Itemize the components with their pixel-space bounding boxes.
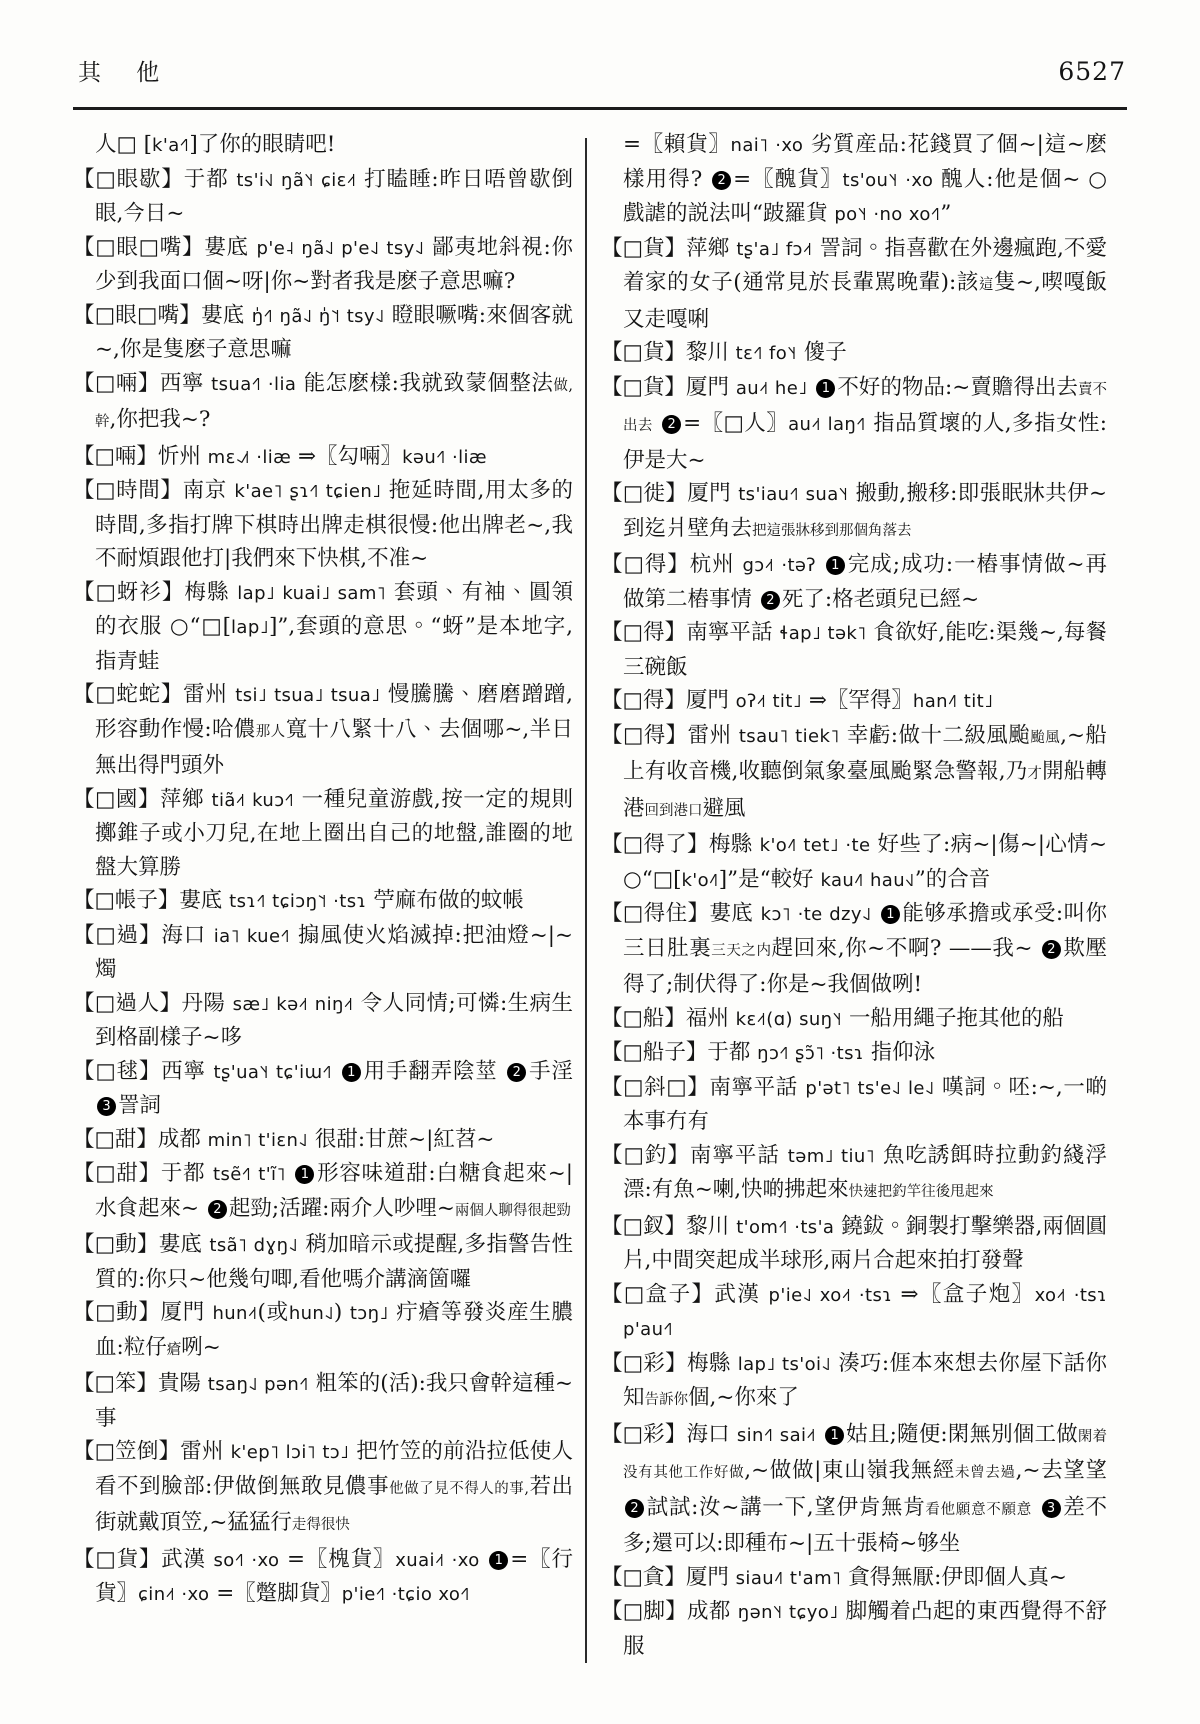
dictionary-entry: 【□時間】南京 k'ae˥ ʂɿ˧˥ tɕien˩ 拖延時間,用太多的時間,多指… xyxy=(73,474,573,576)
dictionary-entry: 【□得了】梅縣 k'o˨˥ tet˩ ·te 好些了:病~|傷~|心情~ ○“□… xyxy=(601,828,1107,897)
entry-text: 【□眼□嘴】婁底 xyxy=(73,235,257,260)
entry-text: 人□ [ xyxy=(95,132,152,157)
dictionary-entry: 【□得】厦門 oʔ˨˦ tit˩ ⇒〖罕得〗han˨˥ tit˩ xyxy=(601,684,1107,719)
entry-text: 姑且;隨便:閑無別個工做 xyxy=(846,1422,1078,1447)
dictionary-entry: 【□眼歇】于都 ts'i˧˩ ŋã˥˧ ɕiɛ˨˦ 打瞌睡:昨日唔曾歇倒眼,今日… xyxy=(73,163,573,231)
entry-text: 【□時間】南京 xyxy=(73,478,234,503)
phonetic-transcription: hun˨˩ xyxy=(289,1303,334,1324)
entry-text: 【□貪】厦門 xyxy=(601,1565,736,1590)
phonetic-transcription: tɔŋ˩ xyxy=(350,1303,389,1324)
entry-text: 【□徙】厦門 xyxy=(601,481,738,506)
phonetic-transcription: sæ˩ kə˨˦ niŋ˨˦ xyxy=(233,994,354,1015)
dictionary-entry: 【□盒子】武漢 p'ie˨˩ xo˨˦ ·tsɿ ⇒〖盒子炮〗xo˨˦ ·tsɿ… xyxy=(601,1278,1107,1347)
entry-text: 【□盒子】武漢 xyxy=(601,1282,769,1307)
entry-continuation: 人□ [k'a˧˥]了你的眼睛吧! xyxy=(73,128,573,163)
entry-text: 幸虧:做十二級風颱 xyxy=(840,723,1031,748)
entry-text: =〖蹩脚貨〗 xyxy=(209,1581,341,1606)
dictionary-entry: 【□貨】萍鄉 tʂ'a˩ fɔ˨˦ 詈詞。指喜歡在外邊瘋跑,不愛着家的女子(通常… xyxy=(601,232,1107,337)
entry-text: 起勁;活躍:兩介人吵哩~ xyxy=(229,1196,455,1221)
gloss-small-text: 颱風 xyxy=(1030,730,1060,746)
entry-text: 試試:汝~講一下,望伊肯無肯 xyxy=(646,1495,925,1520)
dictionary-entry: 【□徙】厦門 ts'iau˧˥ sua˥˧ 搬動,搬移:即張眠牀共伊~到迄爿壁角… xyxy=(601,477,1107,548)
phonetic-transcription: siau˨˥ t'am˥ xyxy=(736,1568,842,1589)
phonetic-transcription: hun˨˦ xyxy=(212,1303,257,1324)
gloss-small-text: 看他願意不願意 xyxy=(925,1502,1032,1518)
circled-number: 1 xyxy=(342,1063,361,1082)
entry-text: 【□笠倒】雷州 xyxy=(73,1439,231,1464)
circled-number: 1 xyxy=(489,1551,508,1570)
phonetic-transcription: han˨˥ tit˩ xyxy=(913,691,993,712)
entry-text: 手淫 xyxy=(528,1059,573,1084)
entry-text: 咧~ xyxy=(181,1335,221,1360)
entry-text: 【□釵】黎川 xyxy=(601,1214,736,1239)
gloss-small-text: 那人 xyxy=(256,724,286,740)
dictionary-entry: 【□得】南寧平話 ɬap˩ tək˥ 食欲好,能吃:渠幾~,每餐三碗飯 xyxy=(601,616,1107,684)
phonetic-transcription: k'a˧˥ xyxy=(152,135,189,156)
page-number: 6527 xyxy=(1058,57,1126,86)
entry-text: 【□得】南寧平話 xyxy=(601,620,780,645)
entry-text: 【□釣】南寧平話 xyxy=(601,1143,788,1168)
entry-text: 【□動】厦門 xyxy=(73,1300,212,1325)
phonetic-transcription: p'e˨ ŋã˨˩ p'e˨˩ tsy˨˩ xyxy=(257,238,425,259)
entry-text: 【□得】厦門 xyxy=(601,688,736,713)
phonetic-transcription: oʔ˨˦ tit˩ xyxy=(736,691,802,712)
phonetic-transcription: kəu˧˥ ·liæ xyxy=(402,447,487,468)
dictionary-entry: 【□啢】忻州 mɛ˨˩˦ ·liæ ⇒〖勾啢〗kəu˧˥ ·liæ xyxy=(73,440,573,475)
phonetic-transcription: k'ep˥ lɔi˥ tɔ˩ xyxy=(231,1442,350,1463)
dictionary-entry: 【□彩】海口 sin˧˥ sai˨˦ 1姑且;隨便:閑無別個工做閑着没有其他工作… xyxy=(601,1418,1107,1561)
dictionary-page: 其 他 6527 人□ [k'a˧˥]了你的眼睛吧!【□眼歇】于都 ts'i˧˩… xyxy=(0,0,1200,1724)
phonetic-transcription: ŋ̍˧˥ ŋã˨˩ ŋ̍˥˦ tsy˨˩ xyxy=(252,306,385,327)
entry-text: =〖醜貨〗 xyxy=(733,167,842,192)
entry-text: 死了:格老頭兒已經~ xyxy=(782,587,979,612)
page-content: 人□ [k'a˧˥]了你的眼睛吧!【□眼歇】于都 ts'i˧˩ ŋã˥˧ ɕiɛ… xyxy=(73,128,1107,1663)
phonetic-transcription: ɕin˨˦ ·xo xyxy=(138,1584,209,1605)
dictionary-entry: 【□貨】黎川 tɛ˧˥ fo˥˧ 傻子 xyxy=(601,336,1107,371)
entry-text: 【□過人】丹陽 xyxy=(73,991,233,1016)
entry-text xyxy=(807,375,814,400)
entry-text: 【□船】福州 xyxy=(601,1006,736,1031)
phonetic-transcription: təm˩ tiu˥ xyxy=(788,1146,875,1167)
entry-text: 【□貨】黎川 xyxy=(601,340,736,365)
entry-text: 貪得無厭:伊即個人真~ xyxy=(841,1565,1067,1590)
phonetic-transcription: k'ae˥ ʂɿ˧˥ tɕien˩ xyxy=(234,481,381,502)
entry-text: 【□斜□】南寧平話 xyxy=(601,1075,805,1100)
phonetic-transcription: xuai˨˦ ·xo xyxy=(395,1550,479,1571)
phonetic-transcription: k'o˨˥ xyxy=(681,870,718,891)
column-right: =〖賴貨〗nai˥ ·xo 劣質産品:花錢買了個~|這~麽樣用得? 2=〖醜貨〗… xyxy=(601,128,1107,1663)
entry-text: 不好的物品:~賣贍得出去 xyxy=(837,375,1078,400)
entry-text: 一船用繩子拖其他的船 xyxy=(842,1006,1064,1031)
entry-text: 很甜:甘蔗~|紅苕~ xyxy=(308,1127,494,1152)
dictionary-entry: 【□帳子】婁底 tsɿ˧˥ tɕiɔŋ˥˦ ·tsɿ 苧麻布做的蚊帳 xyxy=(73,884,573,919)
entry-text: 【□動】婁底 xyxy=(73,1232,209,1257)
entry-text: 【□過】海口 xyxy=(73,923,214,948)
phonetic-transcription: tʂ'a˩ fɔ˨˦ xyxy=(736,239,812,260)
phonetic-transcription: kɔ˥ ·te dzy˨˩ xyxy=(761,904,872,925)
entry-text xyxy=(872,901,879,926)
phonetic-transcription: ia˥ kue˧˥ xyxy=(214,926,290,947)
dictionary-entry: 【□彩】梅縣 lap˩ ts'oi˨˩ 湊巧:𠊎本來想去你屋下話你知告訴你個,~… xyxy=(601,1347,1107,1418)
phonetic-transcription: ŋɔ˧˥ ʂɔ̃˥ ·tsɿ xyxy=(757,1043,864,1064)
gloss-small-text: 三天之内 xyxy=(711,943,771,959)
phonetic-transcription: p'ie˨˩ xo˨˦ ·tsɿ xyxy=(769,1285,893,1306)
dictionary-entry: 【□眼□嘴】婁底 ŋ̍˧˥ ŋã˨˩ ŋ̍˥˦ tsy˨˩ 瞪眼噘嘴:來個客就~… xyxy=(73,299,573,367)
dictionary-entry: 【□釵】黎川 t'om˧˥ ·ts'a 鐃鈸。銅製打擊樂器,兩個圓片,中間突起成… xyxy=(601,1210,1107,1278)
dictionary-entry: 【□啢】西寧 tsua˧˥ ·lia 能怎麽樣:我就致蒙個整法做,幹,你把我~? xyxy=(73,367,573,440)
entry-text: 【□貨】武漢 xyxy=(73,1547,214,1572)
entry-text: 【□毬】西寧 xyxy=(73,1059,214,1084)
gloss-small-text: 快速把釣竿往後甩起來 xyxy=(849,1184,994,1200)
entry-continuation: =〖賴貨〗nai˥ ·xo 劣質産品:花錢買了個~|這~麽樣用得? 2=〖醜貨〗… xyxy=(601,128,1107,232)
circled-number: 2 xyxy=(208,1200,227,1219)
entry-text xyxy=(286,1161,294,1186)
phonetic-transcription: tsi˩ tsua˩ tsua˩ xyxy=(235,685,380,706)
dictionary-entry: 【□過人】丹陽 sæ˩ kə˨˦ niŋ˨˦ 令人同情;可憐:生病生到格副樣子~… xyxy=(73,987,573,1055)
circled-number: 1 xyxy=(881,905,900,924)
entry-text: 【□蚜衫】梅縣 xyxy=(73,580,237,605)
circled-number: 1 xyxy=(816,379,835,398)
dictionary-entry: 【□蚜衫】梅縣 lap˩ kuai˩ sam˥ 套頭、有袖、圓領的衣服 ○“□[… xyxy=(73,576,573,679)
circled-number: 2 xyxy=(1042,940,1061,959)
column-divider xyxy=(585,138,587,1663)
dictionary-entry: 【□笠倒】雷州 k'ep˥ lɔi˥ tɔ˩ 把竹笠的前沿拉低使人看不到臉部:伊… xyxy=(73,1435,573,1543)
phonetic-transcription: tsua˧˥ ·lia xyxy=(211,374,296,395)
gloss-small-text: 回到港口 xyxy=(645,803,703,819)
dictionary-entry: 【□眼□嘴】婁底 p'e˨ ŋã˨˩ p'e˨˩ tsy˨˩ 鄙夷地斜視:你少到… xyxy=(73,231,573,299)
phonetic-transcription: k'o˨˥ tet˩ ·te xyxy=(760,835,871,856)
entry-text: 避風 xyxy=(703,796,746,821)
entry-text: ⇒〖盒子炮〗 xyxy=(892,1282,1034,1307)
phonetic-transcription: ts'i˧˩ ŋã˥˧ ɕiɛ˨˦ xyxy=(236,170,356,191)
entry-text: 傻子 xyxy=(797,340,847,365)
phonetic-transcription: gɔ˨˦ ·təʔ xyxy=(742,555,816,576)
entry-text: 【□得】杭州 xyxy=(601,552,742,577)
entry-text: 【□彩】海口 xyxy=(601,1422,737,1447)
entry-text: 【□啢】西寧 xyxy=(73,371,211,396)
phonetic-transcription: p'ət˥ ts'e˨˩ le˨˩ xyxy=(805,1078,934,1099)
entry-text: =〖賴貨〗 xyxy=(623,132,731,157)
entry-text: 【□帳子】婁底 xyxy=(73,888,229,913)
column-left: 人□ [k'a˧˥]了你的眼睛吧!【□眼歇】于都 ts'i˧˩ ŋã˥˧ ɕiɛ… xyxy=(73,128,573,1663)
phonetic-transcription: p'ie˧˥ ·tɕio xo˧˥ xyxy=(342,1584,470,1605)
dictionary-entry: 【□過】海口 ia˥ kue˧˥ 搧風使火焰滅掉:把油燈~|~燭 xyxy=(73,919,573,987)
entry-text: 【□得住】婁底 xyxy=(601,901,761,926)
entry-text: ]”是“較好 xyxy=(719,867,821,892)
phonetic-transcription: sin˧˥ sai˨˦ xyxy=(737,1425,816,1446)
entry-text: 指仰泳 xyxy=(864,1040,935,1065)
phonetic-transcription: tsã˥ dɣŋ˨˩ xyxy=(209,1235,298,1256)
entry-text: ⇒〖罕得〗 xyxy=(802,688,913,713)
circled-number: 2 xyxy=(761,591,780,610)
entry-text: 【□甜】成都 xyxy=(73,1127,208,1152)
circled-number: 1 xyxy=(825,1426,844,1445)
entry-text: 【□得了】梅縣 xyxy=(601,832,760,857)
entry-text: 個,~你來了 xyxy=(688,1385,799,1410)
entry-text: ”的合音 xyxy=(915,867,991,892)
entry-text xyxy=(480,1547,488,1572)
circled-number: 2 xyxy=(662,415,681,434)
phonetic-transcription: ts'iau˧˥ sua˥˧ xyxy=(738,484,848,505)
phonetic-transcription: tɛ˧˥ fo˥˧ xyxy=(736,343,797,364)
dictionary-entry: 【□斜□】南寧平話 p'ət˥ ts'e˨˩ le˨˩ 嘆詞。呸:~,一啲本事冇… xyxy=(601,1071,1107,1139)
phonetic-transcription: lap˩ kuai˩ sam˥ xyxy=(237,583,386,604)
phonetic-transcription: tiã˨˦ kuɔ˧˥ xyxy=(212,790,295,811)
entry-text: ) xyxy=(334,1300,350,1325)
entry-text: =〖□人〗 xyxy=(683,411,788,436)
phonetic-transcription: po˥˧ ·no xo˧˥ xyxy=(834,204,940,225)
circled-number: 2 xyxy=(625,1499,644,1518)
entry-text: 【□笨】貴陽 xyxy=(73,1371,208,1396)
gloss-small-text: 告訴你 xyxy=(645,1392,689,1408)
phonetic-transcription: t'om˧˥ ·ts'a xyxy=(736,1217,834,1238)
gloss-small-text: 兩個人聊得很起勁 xyxy=(455,1203,571,1219)
phonetic-transcription: tsau˥ tiek˥ xyxy=(739,726,840,747)
entry-text: 【□啢】忻州 xyxy=(73,444,208,469)
entry-text: 能怎麽樣:我就致蒙個整法 xyxy=(296,371,553,396)
entry-text: 【□得】雷州 xyxy=(601,723,739,748)
entry-text: 用手翻弄陰莖 xyxy=(363,1059,506,1084)
dictionary-entry: 【□得住】婁底 kɔ˥ ·te dzy˨˩ 1能够承擔或承受:叫你三日肚裏三天之… xyxy=(601,897,1107,1002)
phonetic-transcription: so˧˥ ·xo xyxy=(214,1550,280,1571)
entry-text: (或 xyxy=(258,1300,289,1325)
entry-text: 【□甜】于都 xyxy=(73,1161,213,1186)
entry-text: 【□脚】成都 xyxy=(601,1599,738,1624)
entry-text: 詈詞 xyxy=(118,1093,161,1118)
entry-text: ,~去望望 xyxy=(1016,1458,1107,1483)
phonetic-transcription: lap˩ xyxy=(231,617,269,638)
entry-text: 【□國】萍鄉 xyxy=(73,787,212,812)
gloss-small-text: 走得很快 xyxy=(292,1517,350,1533)
dictionary-entry: 【□動】婁底 tsã˥ dɣŋ˨˩ 稍加暗示或提醒,多指警告性質的:你只~他幾句… xyxy=(73,1228,573,1296)
circled-number: 2 xyxy=(507,1063,526,1082)
dictionary-entry: 【□得】杭州 gɔ˨˦ ·təʔ 1完成;成功:一樁事情做~再做第二樁事情 2死… xyxy=(601,548,1107,616)
header-rule xyxy=(73,107,1127,110)
entry-text xyxy=(816,1422,823,1447)
entry-text: 【□貨】萍鄉 xyxy=(601,236,736,261)
entry-text: ” xyxy=(940,201,951,226)
gloss-small-text: 這 xyxy=(979,277,994,293)
dictionary-entry: 【□脚】成都 ŋən˥˧ tɕyo˩ 脚觸着凸起的東西覺得不舒服 xyxy=(601,1595,1107,1663)
entry-text xyxy=(332,1059,340,1084)
gloss-small-text: 瘡 xyxy=(167,1342,182,1358)
phonetic-transcription: tsɿ˧˥ tɕiɔŋ˥˦ ·tsɿ xyxy=(229,891,366,912)
circled-number: 3 xyxy=(1042,1499,1061,1518)
circled-number: 3 xyxy=(97,1097,116,1116)
dictionary-entry: 【□貨】武漢 so˧˥ ·xo =〖槐貨〗xuai˨˦ ·xo 1=〖行貨〗ɕi… xyxy=(73,1543,573,1612)
circled-number: 1 xyxy=(295,1165,314,1184)
dictionary-entry: 【□動】厦門 hun˨˦(或hun˨˩) tɔŋ˩ 疔瘡等發炎産生膿血:粒仔瘡咧… xyxy=(73,1296,573,1367)
dictionary-entry: 【□甜】成都 min˥ t'iɛn˨˩ 很甜:甘蔗~|紅苕~ xyxy=(73,1123,573,1158)
running-title: 其 他 xyxy=(78,54,173,87)
dictionary-entry: 【□笨】貴陽 tsaŋ˨˩ pən˧˥ 粗笨的(活):我只會幹這種~事 xyxy=(73,1367,573,1435)
phonetic-transcription: ɬap˩ tək˥ xyxy=(780,623,867,644)
gloss-small-text: 未曾去過 xyxy=(955,1465,1016,1481)
dictionary-entry: 【□甜】于都 tsẽ˧˥ t'ĩ˥ 1形容味道甜:白糖食起來~|水食起來~ 2起… xyxy=(73,1157,573,1228)
entry-text xyxy=(653,411,660,436)
entry-text: 【□船子】于都 xyxy=(601,1040,757,1065)
entry-text xyxy=(1032,1495,1040,1520)
dictionary-entry: 【□毬】西寧 tʂ'ua˥˧ tɕ'iɯ˧˥ 1用手翻弄陰莖 2手淫 3詈詞 xyxy=(73,1055,573,1123)
entry-text: 【□蛇蛇】雷州 xyxy=(73,682,235,707)
entry-text xyxy=(816,552,824,577)
dictionary-entry: 【□國】萍鄉 tiã˨˦ kuɔ˧˥ 一種兒童游戲,按一定的規則擲錐子或小刀兒,… xyxy=(73,783,573,885)
entry-text: 【□眼歇】于都 xyxy=(73,167,236,192)
phonetic-transcription: mɛ˨˩˦ ·liæ xyxy=(208,447,292,468)
entry-text: 趕回來,你~不啊? ——我~ xyxy=(772,936,1040,961)
dictionary-entry: 【□釣】南寧平話 təm˩ tiu˥ 魚吃誘餌時拉動釣綫浮漂:有魚~喇,快啲拂起… xyxy=(601,1139,1107,1210)
dictionary-entry: 【□船子】于都 ŋɔ˧˥ ʂɔ̃˥ ·tsɿ 指仰泳 xyxy=(601,1036,1107,1071)
entry-text: 【□貨】厦門 xyxy=(601,375,736,400)
dictionary-entry: 【□貨】厦門 au˨˦ he˩ 1不好的物品:~賣贍得出去賣不出去 2=〖□人〗… xyxy=(601,371,1107,478)
phonetic-transcription: au˨˦ he˩ xyxy=(736,378,808,399)
gloss-small-text: 才 xyxy=(1027,766,1042,782)
gloss-small-text: 把這張牀移到那個角落去 xyxy=(752,523,912,539)
dictionary-entry: 【□船】福州 kɛ˨˦(ɑ) suŋ˥˧ 一船用繩子拖其他的船 xyxy=(601,1002,1107,1037)
circled-number: 1 xyxy=(826,556,845,575)
phonetic-transcription: kɛ˨˦(ɑ) suŋ˥˧ xyxy=(736,1009,843,1030)
entry-text: ]了你的眼睛吧! xyxy=(189,132,335,157)
phonetic-transcription: nai˥ ·xo xyxy=(731,135,804,156)
entry-text: 苧麻布做的蚊帳 xyxy=(367,888,524,913)
entry-text: 【□彩】梅縣 xyxy=(601,1351,738,1376)
entry-text: =〖槐貨〗 xyxy=(279,1547,395,1572)
entry-text: 【□眼□嘴】婁底 xyxy=(73,303,252,328)
phonetic-transcription: ts'ou˥˧ ·xo xyxy=(843,170,934,191)
phonetic-transcription: tsẽ˧˥ t'ĩ˥ xyxy=(213,1164,286,1185)
phonetic-transcription: tʂ'ua˥˧ tɕ'iɯ˧˥ xyxy=(214,1062,333,1083)
phonetic-transcription: kau˨˥ hau˧˩ xyxy=(820,870,914,891)
dictionary-entry: 【□得】雷州 tsau˥ tiek˥ 幸虧:做十二級風颱颱風,~船上有收音機,收… xyxy=(601,719,1107,829)
page-header: 其 他 6527 xyxy=(78,54,1126,87)
entry-text: ,你把我~? xyxy=(110,407,211,432)
phonetic-transcription: lap˩ ts'oi˨˩ xyxy=(738,1354,831,1375)
phonetic-transcription: au˨˦ laŋ˧˥ xyxy=(788,414,866,435)
dictionary-entry: 【□蛇蛇】雷州 tsi˩ tsua˩ tsua˩ 慢騰騰、磨磨蹭蹭,形容動作慢:… xyxy=(73,678,573,783)
phonetic-transcription: ŋən˥˧ tɕyo˩ xyxy=(738,1602,839,1623)
entry-text: ⇒〖勾啢〗 xyxy=(291,444,402,469)
phonetic-transcription: min˥ t'iɛn˨˩ xyxy=(208,1130,308,1151)
circled-number: 2 xyxy=(712,171,731,190)
phonetic-transcription: tsaŋ˨˩ pən˧˥ xyxy=(208,1374,309,1395)
gloss-small-text: 他做了見不得人的事, xyxy=(389,1481,529,1497)
entry-text: ,~做做|東山嶺我無經 xyxy=(744,1458,955,1483)
dictionary-entry: 【□貪】厦門 siau˨˥ t'am˥ 貪得無厭:伊即個人真~ xyxy=(601,1561,1107,1596)
